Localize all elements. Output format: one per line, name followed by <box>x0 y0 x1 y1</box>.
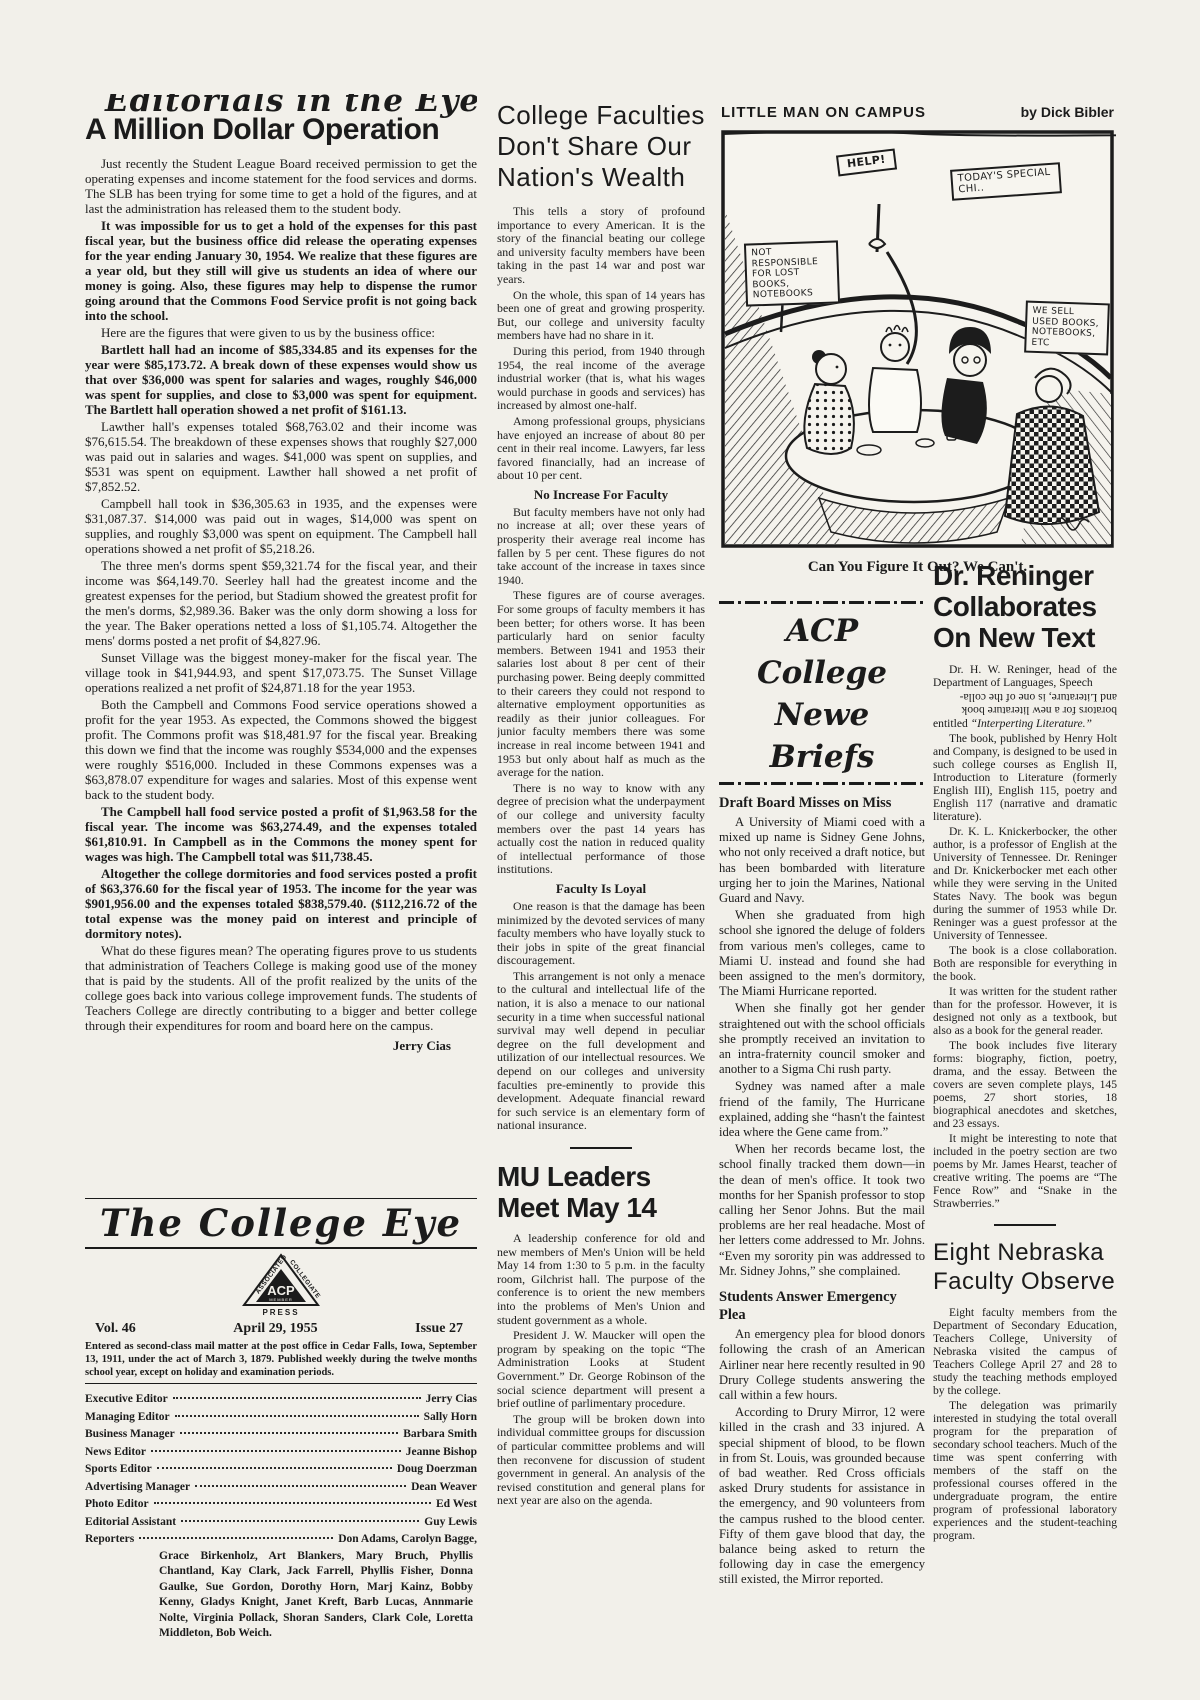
editorial-paragraph: The three men's dorms spent $59,321.74 f… <box>85 558 477 648</box>
svg-text:MEMBER: MEMBER <box>269 1297 293 1302</box>
volume-number: Vol. 46 <box>95 1321 136 1337</box>
reninger-paragraph: The book is a close collaboration. Both … <box>933 944 1117 983</box>
faculty-paragraph: These figures are of course averages. Fo… <box>497 589 705 779</box>
reninger-paragraph: It might be interesting to note that inc… <box>933 1132 1117 1210</box>
svg-text:ACP: ACP <box>267 1283 295 1298</box>
brief-headline: Students Answer Emergency Plea <box>719 1288 925 1324</box>
article-divider <box>994 1224 1056 1226</box>
editorial-byline: Jerry Cias <box>85 1038 477 1053</box>
dot-leader <box>151 1450 401 1452</box>
staff-role: Sports Editor <box>85 1461 152 1479</box>
reninger-headline: Dr. Reninger Collaborates On New Text <box>933 560 1117 653</box>
mu-paragraph: The group will be broken down into indiv… <box>497 1413 705 1508</box>
inverted-print-line: and Literature, is one of the colla- <box>933 691 1117 704</box>
inverted-print-line: borators for a new literature book <box>933 704 1117 717</box>
faculty-paragraph: On the whole, this span of 14 years has … <box>497 289 705 343</box>
dot-leader <box>157 1467 392 1469</box>
brief-paragraph: Sydney was named after a male friend of … <box>719 1079 925 1140</box>
editorial-paragraph: What do these figures mean? The operatin… <box>85 943 477 1033</box>
postal-notice: Entered as second-class mail matter at t… <box>85 1340 477 1379</box>
faculty-paragraph: During this period, from 1940 through 19… <box>497 345 705 413</box>
editorial-paragraph: Just recently the Student League Board r… <box>85 156 477 216</box>
brief-paragraph: When her records became lost, the school… <box>719 1142 925 1279</box>
dot-leader <box>195 1485 406 1487</box>
mu-paragraph: A leadership conference for old and new … <box>497 1232 705 1327</box>
reninger-paragraph: The book includes five literary forms: b… <box>933 1039 1117 1130</box>
faculty-paragraph: One reason is that the damage has been m… <box>497 900 705 968</box>
staff-role: Reporters <box>85 1531 134 1549</box>
staff-row: Photo EditorEd West <box>85 1496 477 1514</box>
staff-row: Business ManagerBarbara Smith <box>85 1426 477 1444</box>
comic-header: LITTLE MAN ON CAMPUS by Dick Bibler <box>721 104 1114 121</box>
we-sell-sign: WE SELL USED BOOKS, NOTEBOOKS, ETC <box>1024 301 1110 356</box>
staff-name: Jerry Cias <box>426 1391 477 1409</box>
editorial-paragraph: Altogether the college dormitories and f… <box>85 866 477 941</box>
reninger-paragraph: Dr. K. L. Knickerbocker, the other autho… <box>933 825 1117 942</box>
nebraska-paragraph: The delegation was primarily interested … <box>933 1399 1117 1542</box>
faculty-paragraph: There is no way to know with any degree … <box>497 782 705 877</box>
faculty-headline: College Faculties Don't Share Our Nation… <box>497 100 705 193</box>
brief-paragraph: According to Drury Mirror, 12 were kille… <box>719 1405 925 1587</box>
staff-role: News Editor <box>85 1444 146 1462</box>
faculty-paragraph: This arrangement is not only a menace to… <box>497 970 705 1133</box>
faculty-subhead: Faculty Is Loyal <box>497 881 705 897</box>
staff-role: Managing Editor <box>85 1409 170 1427</box>
editorial-article: Editorials in the Eye . . A Million Doll… <box>85 94 477 1192</box>
dot-leader <box>173 1397 421 1399</box>
staff-name: Jeanne Bishop <box>406 1444 477 1462</box>
issue-date: April 29, 1955 <box>233 1321 317 1337</box>
staff-role: Advertising Manager <box>85 1479 190 1497</box>
comic-artist: by Dick Bibler <box>1021 104 1114 120</box>
editorial-headline: A Million Dollar Operation <box>85 113 477 146</box>
book-title: “Interperting Literature.” <box>971 717 1092 730</box>
editorial-paragraph: Lawther hall's expenses totaled $68,763.… <box>85 419 477 494</box>
staff-row: Advertising ManagerDean Weaver <box>85 1479 477 1497</box>
editorial-kicker: Editorials in the Eye . . <box>85 94 477 109</box>
faculty-subhead: No Increase For Faculty <box>497 487 705 503</box>
volume-row: Vol. 46 April 29, 1955 Issue 27 <box>85 1321 477 1337</box>
issue-number: Issue 27 <box>415 1321 463 1337</box>
reninger-paragraph: The book, published by Henry Holt and Co… <box>933 732 1117 823</box>
staff-name: Guy Lewis <box>424 1514 477 1532</box>
dashdot-rule <box>719 601 925 604</box>
masthead-rule-top <box>85 1198 477 1199</box>
staff-row: Sports EditorDoug Doerzman <box>85 1461 477 1479</box>
faculty-paragraph: But faculty members have not only had no… <box>497 506 705 588</box>
masthead-rule-mid <box>85 1247 477 1249</box>
comic-panel: LITTLE MAN ON CAMPUS by Dick Bibler <box>719 104 1116 578</box>
dot-leader <box>154 1502 431 1504</box>
reninger-paragraph: It was written for the student rather th… <box>933 985 1117 1037</box>
dot-leader <box>139 1537 333 1539</box>
editorial-paragraph: Bartlett hall had an income of $85,334.8… <box>85 342 477 417</box>
brief-paragraph: When she finally got her gender straight… <box>719 1001 925 1077</box>
staff-role: Executive Editor <box>85 1391 168 1409</box>
staff-role: Business Manager <box>85 1426 175 1444</box>
comic-title: LITTLE MAN ON CAMPUS <box>721 104 926 121</box>
newspaper-page: Editorials in the Eye . . A Million Doll… <box>0 0 1200 1700</box>
staff-role: Editorial Assistant <box>85 1514 176 1532</box>
faculty-paragraph: Among professional groups, physicians ha… <box>497 415 705 483</box>
staff-name: Ed West <box>436 1496 477 1514</box>
not-responsible-sign: NOT RESPONSIBLE FOR LOST BOOKS, NOTEBOOK… <box>744 240 840 306</box>
brief-paragraph: When she graduated from high school she … <box>719 908 925 999</box>
masthead: The College Eye ASSOCIATED COLLEGIATE AC… <box>85 1196 477 1642</box>
reninger-paragraph: entitled “Interperting Literature.” <box>933 717 1117 730</box>
reporters-list: Grace Birkenholz, Art Blankers, Mary Bru… <box>159 1549 473 1642</box>
staff-row: Editorial AssistantGuy Lewis <box>85 1514 477 1532</box>
staff-box: Executive EditorJerry Cias Managing Edit… <box>85 1383 477 1642</box>
editorial-paragraph: It was impossible for us to get a hold o… <box>85 218 477 323</box>
staff-role: Photo Editor <box>85 1496 149 1514</box>
mu-paragraph: President J. W. Maucker will open the pr… <box>497 1329 705 1411</box>
editorial-paragraph: Sunset Village was the biggest money-mak… <box>85 650 477 695</box>
comic-illustration: HELP! TODAY'S SPECIAL CHI.. NOT RESPONSI… <box>719 126 1116 550</box>
staff-name: Barbara Smith <box>403 1426 477 1444</box>
briefs-kicker: ACP College Newe Briefs <box>719 610 925 778</box>
acp-news-briefs: ACP College Newe Briefs Draft Board Miss… <box>719 598 925 1658</box>
dot-leader <box>180 1432 398 1434</box>
faculty-paragraph: This tells a story of profound importanc… <box>497 205 705 287</box>
editorial-paragraph: Here are the figures that were given to … <box>85 325 477 340</box>
nebraska-headline: Eight Nebraska Faculty Observe <box>933 1238 1117 1296</box>
staff-row: News EditorJeanne Bishop <box>85 1444 477 1462</box>
right-column: Dr. Reninger Collaborates On New Text Dr… <box>933 560 1117 1650</box>
staff-row: Managing EditorSally Horn <box>85 1409 477 1427</box>
editorial-paragraph: Both the Campbell and Commons Food servi… <box>85 697 477 802</box>
newspaper-title: The College Eye <box>85 1201 477 1245</box>
mu-leaders-headline: MU Leaders Meet May 14 <box>497 1161 705 1223</box>
brief-paragraph: An emergency plea for blood donors follo… <box>719 1327 925 1403</box>
nebraska-paragraph: Eight faculty members from the Departmen… <box>933 1306 1117 1397</box>
article-divider <box>570 1147 632 1149</box>
staff-name: Don Adams, Carolyn Bagge, <box>338 1531 477 1549</box>
staff-row-reporters: ReportersDon Adams, Carolyn Bagge, <box>85 1531 477 1549</box>
dot-leader <box>175 1415 419 1417</box>
brief-paragraph: A University of Miami coed with a mixed … <box>719 815 925 906</box>
staff-row: Executive EditorJerry Cias <box>85 1391 477 1409</box>
brief-headline: Draft Board Misses on Miss <box>719 794 925 812</box>
staff-name: Dean Weaver <box>411 1479 477 1497</box>
staff-name: Sally Horn <box>424 1409 477 1427</box>
svg-text:PRESS: PRESS <box>262 1308 299 1317</box>
acp-press-logo: ASSOCIATED COLLEGIATE ACP MEMBER PRESS <box>85 1253 477 1319</box>
dot-leader <box>181 1520 419 1522</box>
reninger-paragraph: Dr. H. W. Reninger, head of the Departme… <box>933 663 1117 689</box>
dashdot-rule <box>719 782 925 785</box>
editorial-paragraph: The Campbell hall food service posted a … <box>85 804 477 864</box>
editorial-paragraph: Campbell hall took in $36,305.63 in 1935… <box>85 496 477 556</box>
staff-name: Doug Doerzman <box>397 1461 477 1479</box>
faculty-wealth-article: College Faculties Don't Share Our Nation… <box>497 100 705 1645</box>
